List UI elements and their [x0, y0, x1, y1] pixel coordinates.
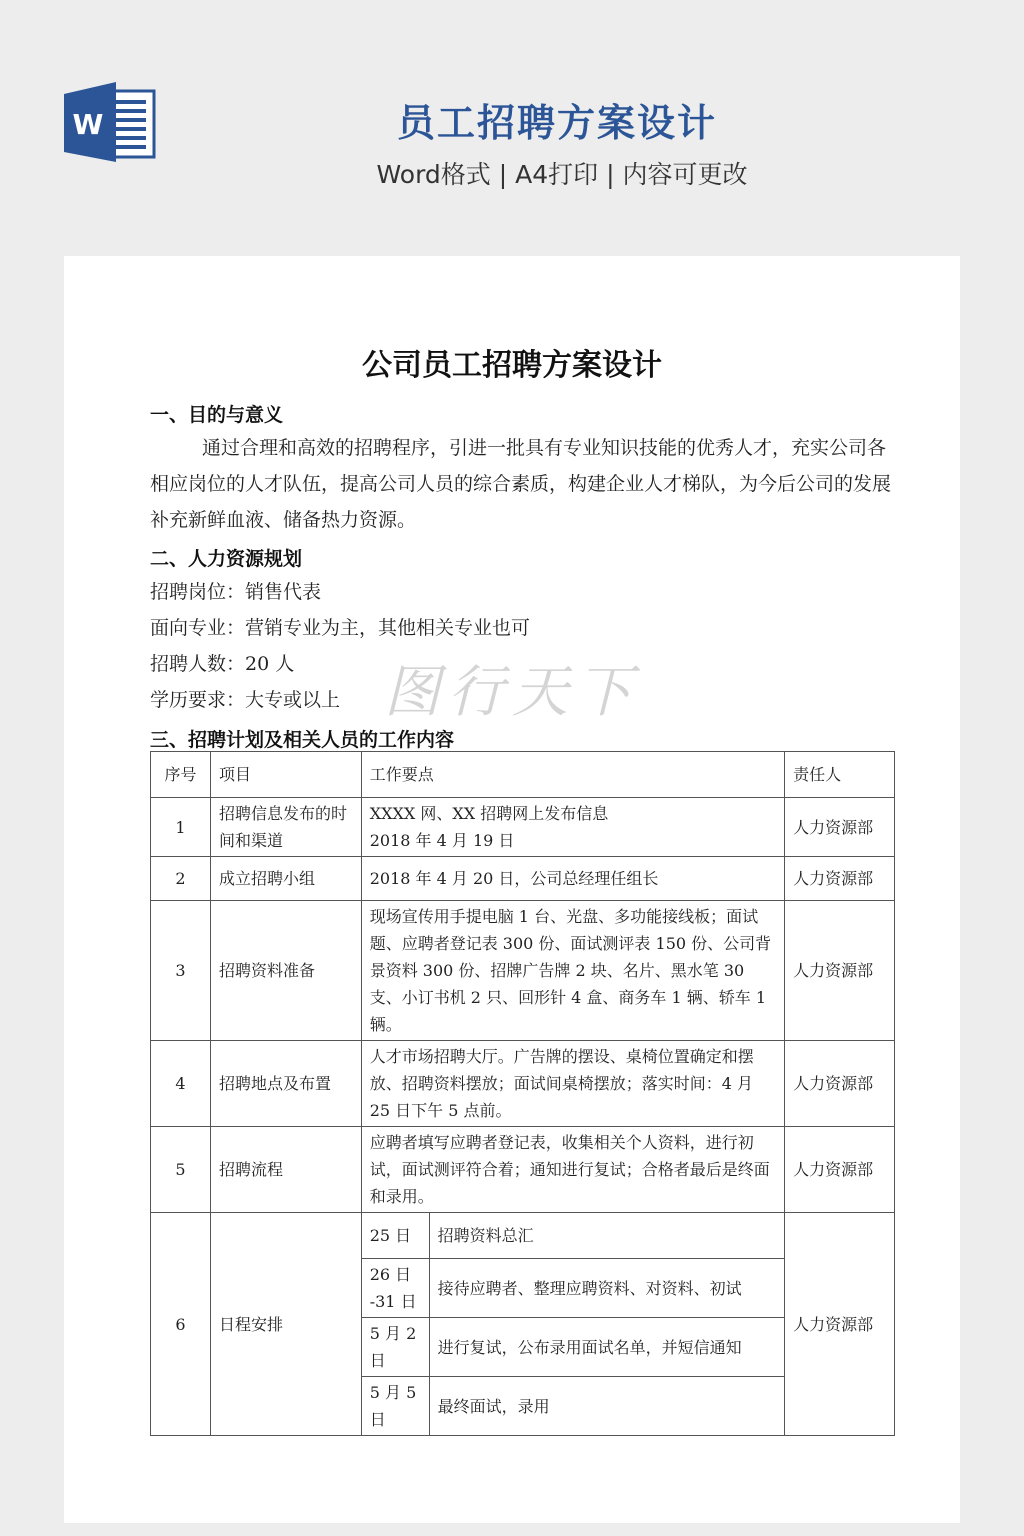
schedule-task: 招聘资料总汇: [429, 1213, 784, 1259]
table-row: 5 招聘流程 应聘者填写应聘者登记表，收集相关个人资料，进行初试，面试测评符合着…: [151, 1127, 895, 1213]
header-item: 项目: [210, 752, 361, 798]
row-no: 1: [151, 798, 211, 857]
table-row: 3 招聘资料准备 现场宣传用手提电脑 1 台、光盘、多功能接线板；面试题、应聘者…: [151, 901, 895, 1041]
banner-subtitle: Word格式 | A4打印 | 内容可更改: [0, 155, 1024, 191]
row-owner: 人力资源部: [785, 901, 895, 1041]
row-no: 5: [151, 1127, 211, 1213]
row-item: 招聘地点及布置: [210, 1041, 361, 1127]
section-1-body: 通过合理和高效的招聘程序，引进一批具有专业知识技能的优秀人才，充实公司各相应岗位…: [150, 430, 900, 538]
schedule-task: 最终面试，录用: [429, 1377, 784, 1436]
row-no: 4: [151, 1041, 211, 1127]
row-content: 人才市场招聘大厅。广告牌的摆设、桌椅位置确定和摆放、招聘资料摆放；面试间桌椅摆放…: [361, 1041, 784, 1127]
schedule-date: 5 月 5 日: [361, 1377, 429, 1436]
row-item: 日程安排: [210, 1213, 361, 1436]
section-2-heading: 二、人力资源规划: [150, 544, 302, 571]
hr-line-education: 学历要求：大专或以上: [150, 682, 900, 718]
schedule-date: 5 月 2 日: [361, 1318, 429, 1377]
row-item: 招聘流程: [210, 1127, 361, 1213]
hr-line-count: 招聘人数：20 人: [150, 646, 900, 682]
table-row: 1 招聘信息发布的时间和渠道 XXXX 网、XX 招聘网上发布信息 2018 年…: [151, 798, 895, 857]
banner: W 员工招聘方案设计 Word格式 | A4打印 | 内容可更改: [0, 0, 1024, 256]
row-no: 3: [151, 901, 211, 1041]
schedule-date: 25 日: [361, 1213, 429, 1259]
row-owner: 人力资源部: [785, 1127, 895, 1213]
row-owner: 人力资源部: [785, 1213, 895, 1436]
row-item: 招聘信息发布的时间和渠道: [210, 798, 361, 857]
row-no: 6: [151, 1213, 211, 1436]
row-item: 招聘资料准备: [210, 901, 361, 1041]
row-content: 应聘者填写应聘者登记表，收集相关个人资料，进行初试，面试测评符合着；通知进行复试…: [361, 1127, 784, 1213]
section-3-heading: 三、招聘计划及相关人员的工作内容: [150, 725, 454, 752]
document-page: 图行天下 公司员工招聘方案设计 一、目的与意义 通过合理和高效的招聘程序，引进一…: [64, 256, 960, 1523]
row-content: 2018 年 4 月 20 日，公司总经理任组长: [361, 857, 784, 901]
document-title: 公司员工招聘方案设计: [64, 340, 960, 384]
table-row: 4 招聘地点及布置 人才市场招聘大厅。广告牌的摆设、桌椅位置确定和摆放、招聘资料…: [151, 1041, 895, 1127]
row-owner: 人力资源部: [785, 798, 895, 857]
row-owner: 人力资源部: [785, 1041, 895, 1127]
header-owner: 责任人: [785, 752, 895, 798]
schedule-date: 26 日 -31 日: [361, 1259, 429, 1318]
recruitment-plan-table: 序号 项目 工作要点 责任人 1 招聘信息发布的时间和渠道 XXXX 网、XX …: [150, 751, 895, 1436]
row-content: 现场宣传用手提电脑 1 台、光盘、多功能接线板；面试题、应聘者登记表 300 份…: [361, 901, 784, 1041]
header-no: 序号: [151, 752, 211, 798]
table-header-row: 序号 项目 工作要点 责任人: [151, 752, 895, 798]
row-item: 成立招聘小组: [210, 857, 361, 901]
schedule-task: 进行复试，公布录用面试名单，并短信通知: [429, 1318, 784, 1377]
banner-title: 员工招聘方案设计: [0, 92, 1024, 147]
schedule-row: 6 日程安排 25 日 招聘资料总汇 人力资源部: [151, 1213, 895, 1259]
hr-line-position: 招聘岗位：销售代表: [150, 574, 900, 610]
section-1-heading: 一、目的与意义: [150, 400, 283, 427]
row-content: XXXX 网、XX 招聘网上发布信息 2018 年 4 月 19 日: [361, 798, 784, 857]
row-no: 2: [151, 857, 211, 901]
table-row: 2 成立招聘小组 2018 年 4 月 20 日，公司总经理任组长 人力资源部: [151, 857, 895, 901]
header-content: 工作要点: [361, 752, 784, 798]
hr-line-major: 面向专业：营销专业为主，其他相关专业也可: [150, 610, 900, 646]
schedule-task: 接待应聘者、整理应聘资料、对资料、初试: [429, 1259, 784, 1318]
row-owner: 人力资源部: [785, 857, 895, 901]
